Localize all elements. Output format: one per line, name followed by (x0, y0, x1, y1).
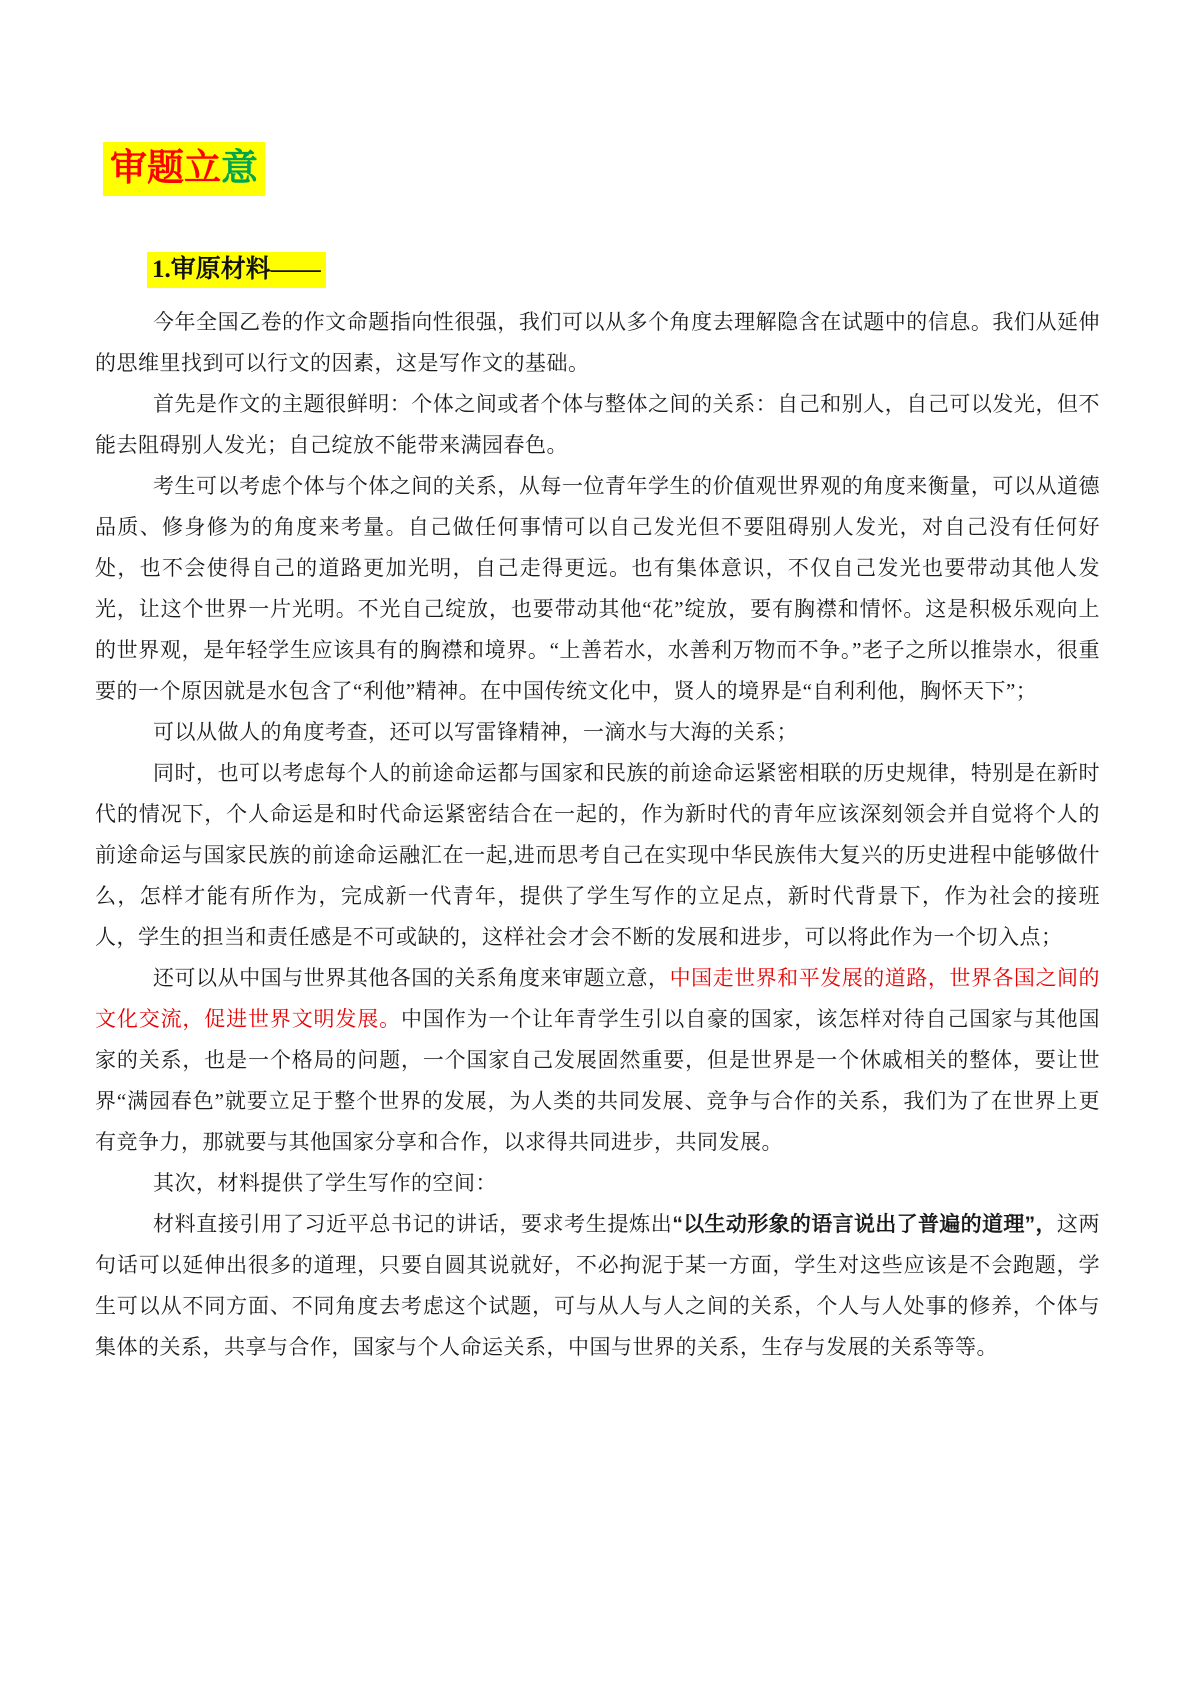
text-run: 同时，也可以考虑每个人的前途命运都与国家和民族的前途命运紧密相联的历史规律，特别… (95, 761, 1100, 949)
title-text-segment: 意 (221, 148, 258, 189)
text-run: 可以从做人的角度考查，还可以写雷锋精神，一滴水与大海的关系； (153, 720, 798, 744)
document-page: 审题立意 1.审原材料—— 今年全国乙卷的作文命题指向性很强，我们可以从多个角度… (0, 0, 1200, 1698)
doc-title: 审题立意 (103, 142, 265, 196)
paragraph: 同时，也可以考虑每个人的前途命运都与国家和民族的前途命运紧密相联的历史规律，特别… (95, 753, 1100, 958)
text-run: 今年全国乙卷的作文命题指向性很强，我们可以从多个角度去理解隐含在试题中的信息。我… (95, 310, 1100, 375)
section-heading-label: 1.审原材料—— (147, 252, 326, 288)
text-run: 材料直接引用了习近平总书记的讲话，要求考生提炼出 (153, 1212, 672, 1236)
text-run: 首先是作文的主题很鲜明：个体之间或者个体与整体之间的关系：自己和别人，自己可以发… (95, 392, 1100, 457)
text-run: 考生可以考虑个体与个体之间的关系，从每一位青年学生的价值观世界观的角度来衡量，可… (95, 474, 1100, 703)
paragraph: 材料直接引用了习近平总书记的讲话，要求考生提炼出“以生动形象的语言说出了普遍的道… (95, 1204, 1100, 1368)
section-heading: 1.审原材料—— (147, 252, 326, 288)
paragraph: 可以从做人的角度考查，还可以写雷锋精神，一滴水与大海的关系； (95, 712, 1100, 753)
paragraph: 今年全国乙卷的作文命题指向性很强，我们可以从多个角度去理解隐含在试题中的信息。我… (95, 302, 1100, 384)
text-run: “以生动形象的语言说出了普遍的道理”， (672, 1213, 1056, 1236)
paragraph: 考生可以考虑个体与个体之间的关系，从每一位青年学生的价值观世界观的角度来衡量，可… (95, 466, 1100, 712)
title-highlight: 审题立意 (103, 142, 265, 196)
doc-body: 今年全国乙卷的作文命题指向性很强，我们可以从多个角度去理解隐含在试题中的信息。我… (95, 302, 1100, 1368)
paragraph: 其次，材料提供了学生写作的空间： (95, 1163, 1100, 1204)
paragraph: 还可以从中国与世界其他各国的关系角度来审题立意，中国走世界和平发展的道路，世界各… (95, 958, 1100, 1163)
text-run: 其次，材料提供了学生写作的空间： (153, 1171, 497, 1195)
paragraph: 首先是作文的主题很鲜明：个体之间或者个体与整体之间的关系：自己和别人，自己可以发… (95, 384, 1100, 466)
title-text-segment: 审题立 (110, 148, 221, 189)
text-run: 还可以从中国与世界其他各国的关系角度来审题立意， (153, 966, 670, 990)
